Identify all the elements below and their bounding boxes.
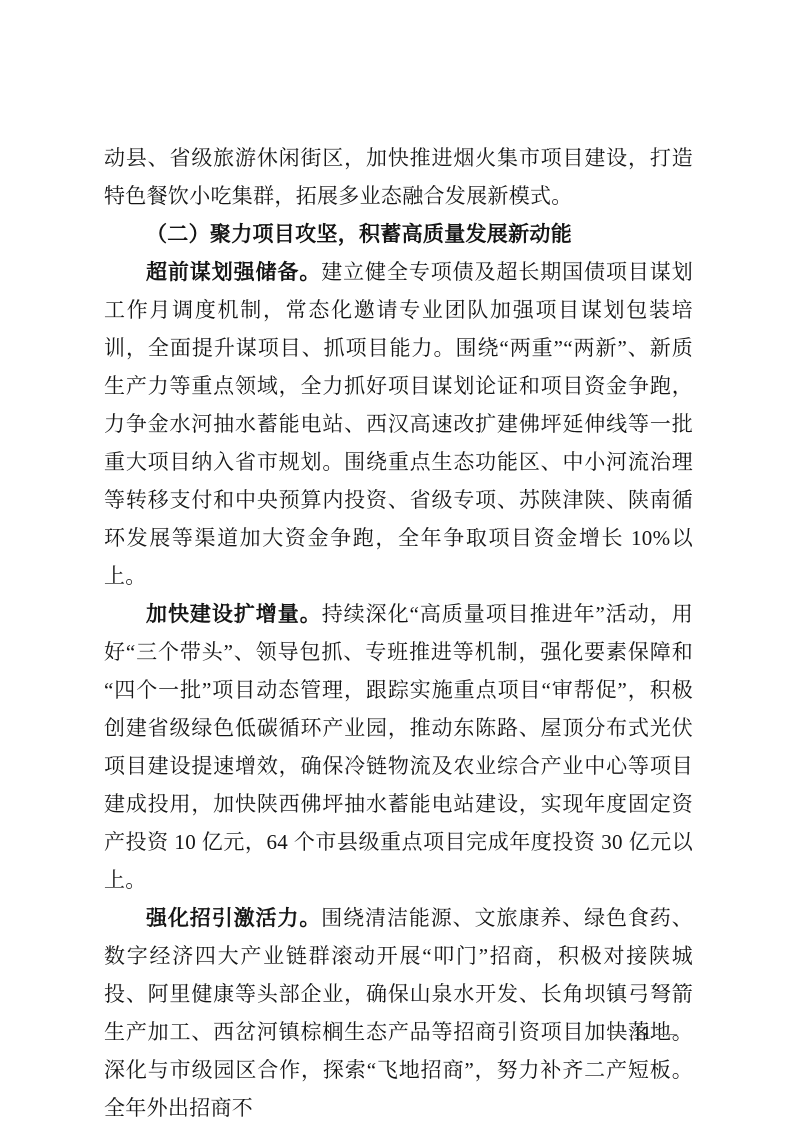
section-heading: （二）聚力项目攻坚，积蓄高质量发展新动能 (104, 215, 693, 253)
paragraph-text: 持续深化“高质量项目推进年”活动，用好“三个带头”、领导包抓、专班推进等机制，强… (104, 602, 693, 892)
paragraph-text: 围绕清洁能源、文旅康养、绿色食药、数字经济四大产业链群滚动开展“叩门”招商，积极… (104, 906, 693, 1120)
document-page: 动县、省级旅游休闲街区，加快推进烟火集市项目建设，打造特色餐饮小吃集群，拓展多业… (0, 0, 793, 1122)
page-body-text: 动县、省级旅游休闲街区，加快推进烟火集市项目建设，打造特色餐饮小吃集群，拓展多业… (104, 139, 693, 1122)
paragraph-lead: 加快建设扩增量。 (146, 602, 322, 626)
continuation-paragraph: 动县、省级旅游休闲街区，加快推进烟火集市项目建设，打造特色餐饮小吃集群，拓展多业… (104, 139, 693, 215)
paragraph-text: 建立健全专项债及超长期国债项目谋划工作月调度机制，常态化邀请专业团队加强项目谋划… (104, 260, 693, 588)
page-number-dash-right: — (652, 1023, 684, 1044)
page-number-dash-left: — (601, 1023, 633, 1044)
body-paragraph: 强化招引激活力。围绕清洁能源、文旅康养、绿色食药、数字经济四大产业链群滚动开展“… (104, 899, 693, 1122)
page-number-value: 11 (633, 1023, 652, 1044)
page-number: —11— (601, 1023, 683, 1045)
body-paragraph: 加快建设扩增量。持续深化“高质量项目推进年”活动，用好“三个带头”、领导包抓、专… (104, 595, 693, 899)
body-paragraph: 超前谋划强储备。建立健全专项债及超长期国债项目谋划工作月调度机制，常态化邀请专业… (104, 253, 693, 595)
paragraph-lead: 强化招引激活力。 (146, 906, 321, 930)
paragraph-lead: 超前谋划强储备。 (146, 260, 321, 284)
